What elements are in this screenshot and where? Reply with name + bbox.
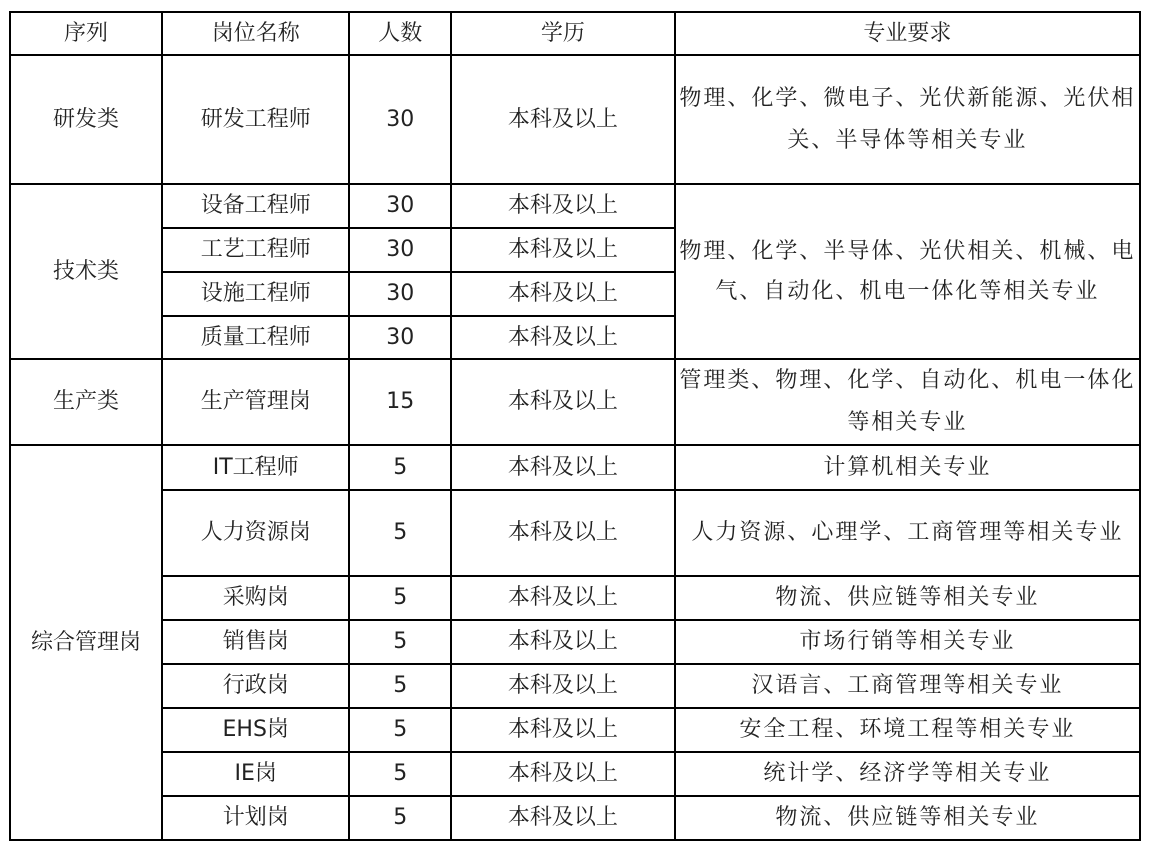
table-row: 采购岗 5 本科及以上 物流、供应链等相关专业 [10,576,1140,620]
education-cell: 本科及以上 [451,55,675,184]
header-count: 人数 [349,12,451,55]
major-cell: 安全工程、环境工程等相关专业 [675,708,1140,752]
education-cell: 本科及以上 [451,796,675,840]
header-major: 专业要求 [675,12,1140,55]
education-cell: 本科及以上 [451,490,675,576]
count-cell: 30 [349,316,451,359]
table-row: 研发类 研发工程师 30 本科及以上 物理、化学、微电子、光伏新能源、光伏相关、… [10,55,1140,184]
education-cell: 本科及以上 [451,752,675,796]
category-cell: 技术类 [10,184,162,359]
major-cell: 人力资源、心理学、工商管理等相关专业 [675,490,1140,576]
table-row: 计划岗 5 本科及以上 物流、供应链等相关专业 [10,796,1140,840]
position-cell: 计划岗 [162,796,349,840]
table-row: EHS岗 5 本科及以上 安全工程、环境工程等相关专业 [10,708,1140,752]
major-cell: 物流、供应链等相关专业 [675,576,1140,620]
education-cell: 本科及以上 [451,664,675,708]
position-cell: 设备工程师 [162,184,349,228]
job-requirements-table: 序列 岗位名称 人数 学历 专业要求 研发类 研发工程师 30 本科及以上 物理… [9,11,1141,841]
count-cell: 30 [349,184,451,228]
table-row: 销售岗 5 本科及以上 市场行销等相关专业 [10,620,1140,664]
position-cell: EHS岗 [162,708,349,752]
position-cell: 设施工程师 [162,272,349,316]
header-category: 序列 [10,12,162,55]
position-cell: 销售岗 [162,620,349,664]
header-position: 岗位名称 [162,12,349,55]
count-cell: 5 [349,445,451,490]
education-cell: 本科及以上 [451,576,675,620]
table-row: 人力资源岗 5 本科及以上 人力资源、心理学、工商管理等相关专业 [10,490,1140,576]
position-cell: 采购岗 [162,576,349,620]
position-cell: 研发工程师 [162,55,349,184]
education-cell: 本科及以上 [451,228,675,272]
count-cell: 5 [349,620,451,664]
header-education: 学历 [451,12,675,55]
count-cell: 15 [349,359,451,445]
education-cell: 本科及以上 [451,316,675,359]
table-row: IE岗 5 本科及以上 统计学、经济学等相关专业 [10,752,1140,796]
count-cell: 5 [349,796,451,840]
count-cell: 30 [349,228,451,272]
education-cell: 本科及以上 [451,184,675,228]
table-header-row: 序列 岗位名称 人数 学历 专业要求 [10,12,1140,55]
position-cell: 人力资源岗 [162,490,349,576]
education-cell: 本科及以上 [451,708,675,752]
major-cell: 物理、化学、半导体、光伏相关、机械、电气、自动化、机电一体化等相关专业 [675,184,1140,359]
major-cell: 市场行销等相关专业 [675,620,1140,664]
position-cell: IT工程师 [162,445,349,490]
category-cell: 生产类 [10,359,162,445]
count-cell: 5 [349,752,451,796]
count-cell: 5 [349,708,451,752]
major-cell: 物流、供应链等相关专业 [675,796,1140,840]
education-cell: 本科及以上 [451,359,675,445]
position-cell: 工艺工程师 [162,228,349,272]
table-row: 综合管理岗 IT工程师 5 本科及以上 计算机相关专业 [10,445,1140,490]
position-cell: IE岗 [162,752,349,796]
count-cell: 30 [349,272,451,316]
table-row: 技术类 设备工程师 30 本科及以上 物理、化学、半导体、光伏相关、机械、电气、… [10,184,1140,228]
category-cell: 研发类 [10,55,162,184]
category-cell: 综合管理岗 [10,445,162,840]
position-cell: 行政岗 [162,664,349,708]
count-cell: 5 [349,490,451,576]
major-cell: 统计学、经济学等相关专业 [675,752,1140,796]
education-cell: 本科及以上 [451,272,675,316]
count-cell: 5 [349,664,451,708]
major-cell: 物理、化学、微电子、光伏新能源、光伏相关、半导体等相关专业 [675,55,1140,184]
table-row: 行政岗 5 本科及以上 汉语言、工商管理等相关专业 [10,664,1140,708]
position-cell: 生产管理岗 [162,359,349,445]
table-row: 生产类 生产管理岗 15 本科及以上 管理类、物理、化学、自动化、机电一体化等相… [10,359,1140,445]
education-cell: 本科及以上 [451,620,675,664]
position-cell: 质量工程师 [162,316,349,359]
major-cell: 汉语言、工商管理等相关专业 [675,664,1140,708]
education-cell: 本科及以上 [451,445,675,490]
major-cell: 管理类、物理、化学、自动化、机电一体化等相关专业 [675,359,1140,445]
count-cell: 30 [349,55,451,184]
count-cell: 5 [349,576,451,620]
major-cell: 计算机相关专业 [675,445,1140,490]
